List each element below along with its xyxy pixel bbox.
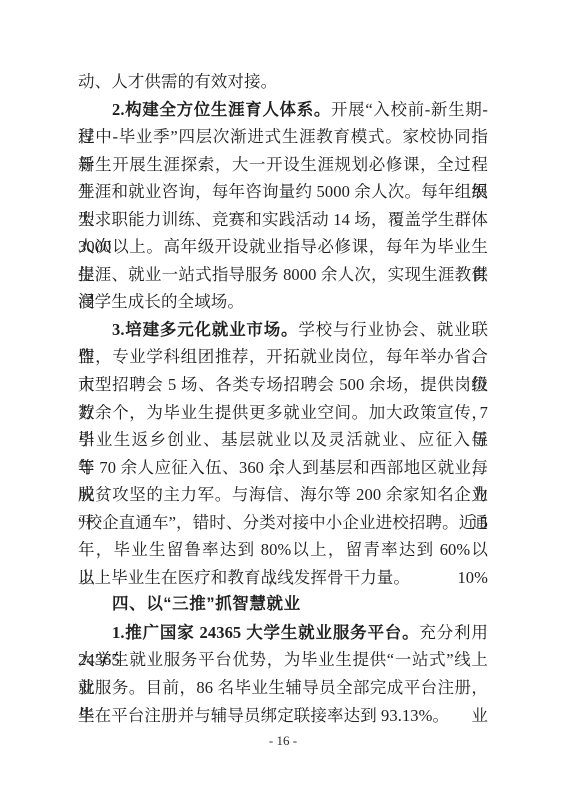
page-number: - 16 - xyxy=(0,733,566,749)
run-in-heading: 1.推广国家 24365 大学生就业服务平台。 xyxy=(112,623,419,642)
run-in-heading: 3.培建多元化就业市场。 xyxy=(112,320,298,339)
text-line: 脱贫攻坚的主力军。与海信、海尔等 200 余家知名企业开通 xyxy=(78,481,488,509)
text-line: 大学生就业服务平台优势，为毕业生提供“一站式”线上就 xyxy=(78,646,488,674)
document-body: 动、人才供需的有效对接。 2.构建全方位生涯育人体系。开展“入校前-新生期-过 … xyxy=(78,68,488,729)
text-run: 动、人才供需的有效对接。 xyxy=(78,72,277,91)
text-line: 动、人才供需的有效对接。 xyxy=(78,68,488,96)
text-line: 1.推广国家 24365 大学生就业服务平台。充分利用 24365 xyxy=(78,619,488,647)
text-line: 业服务。目前，86 名毕业生辅导员全部完成平台注册，毕业 xyxy=(78,674,488,702)
text-line: 型求职能力训练、竞赛和实践活动 14 场，覆盖学生群体 3000 xyxy=(78,206,488,234)
heading-text: 四、以“三推”抓智慧就业 xyxy=(112,595,301,613)
text-line: 生在平台注册并与辅导员绑定联接率达到 93.13%。 xyxy=(78,702,488,730)
text-line: 万余个，为毕业生提供更多就业空间。加大政策宣传，引导 xyxy=(78,399,488,427)
section-heading: 四、以“三推”抓智慧就业 xyxy=(78,591,488,619)
text-line: 年 70 余人应征入伍、360 余人到基层和西部地区就业，成为 xyxy=(78,454,488,482)
text-line: 年，毕业生留鲁率达到 80%以上，留青率达到 60%以上，10% xyxy=(78,536,488,564)
text-line: 新生开展生涯探索，大一开设生涯规划必修课，全过程开展 xyxy=(78,151,488,179)
text-run: “校企直通车”，错时、分类对接中小企业进校招聘。近 5 xyxy=(78,513,488,532)
text-line: 大型招聘会 5 场、各类专场招聘会 500 余场，提供岗位数 7 xyxy=(78,371,488,399)
text-run: 以上毕业生在医疗和教育战线发挥骨干力量。 xyxy=(78,568,410,587)
text-line: “校企直通车”，错时、分类对接中小企业进校招聘。近 5 xyxy=(78,509,488,537)
text-line: 作，专业学科组团推荐，开拓就业岗位，每年举办省、市级 xyxy=(78,343,488,371)
text-run: 润学生成长的全域场。 xyxy=(78,292,244,311)
text-line: 生涯和就业咨询，每年咨询量约 5000 余人次。每年组织大 xyxy=(78,178,488,206)
text-line: 2.构建全方位生涯育人体系。开展“入校前-新生期-过 xyxy=(78,96,488,124)
text-line: 人次以上。高年级开设就业指导必修课，每年为毕业生提供 xyxy=(78,233,488,261)
document-page: 动、人才供需的有效对接。 2.构建全方位生涯育人体系。开展“入校前-新生期-过 … xyxy=(0,0,566,800)
text-line: 生涯、就业一站式指导服务 8000 余人次，实现生涯教育浸 xyxy=(78,261,488,289)
text-run: 生在平台注册并与辅导员绑定联接率达到 93.13%。 xyxy=(78,706,449,725)
run-in-heading: 2.构建全方位生涯育人体系。 xyxy=(112,100,331,119)
text-line: 程中-毕业季”四层次渐进式生涯教育模式。家校协同指导 xyxy=(78,123,488,151)
text-line: 3.培建多元化就业市场。学校与行业协会、就业联盟合 xyxy=(78,316,488,344)
text-line: 毕业生返乡创业、基层就业以及灵活就业、应征入伍等，每 xyxy=(78,426,488,454)
text-line: 润学生成长的全域场。 xyxy=(78,288,488,316)
